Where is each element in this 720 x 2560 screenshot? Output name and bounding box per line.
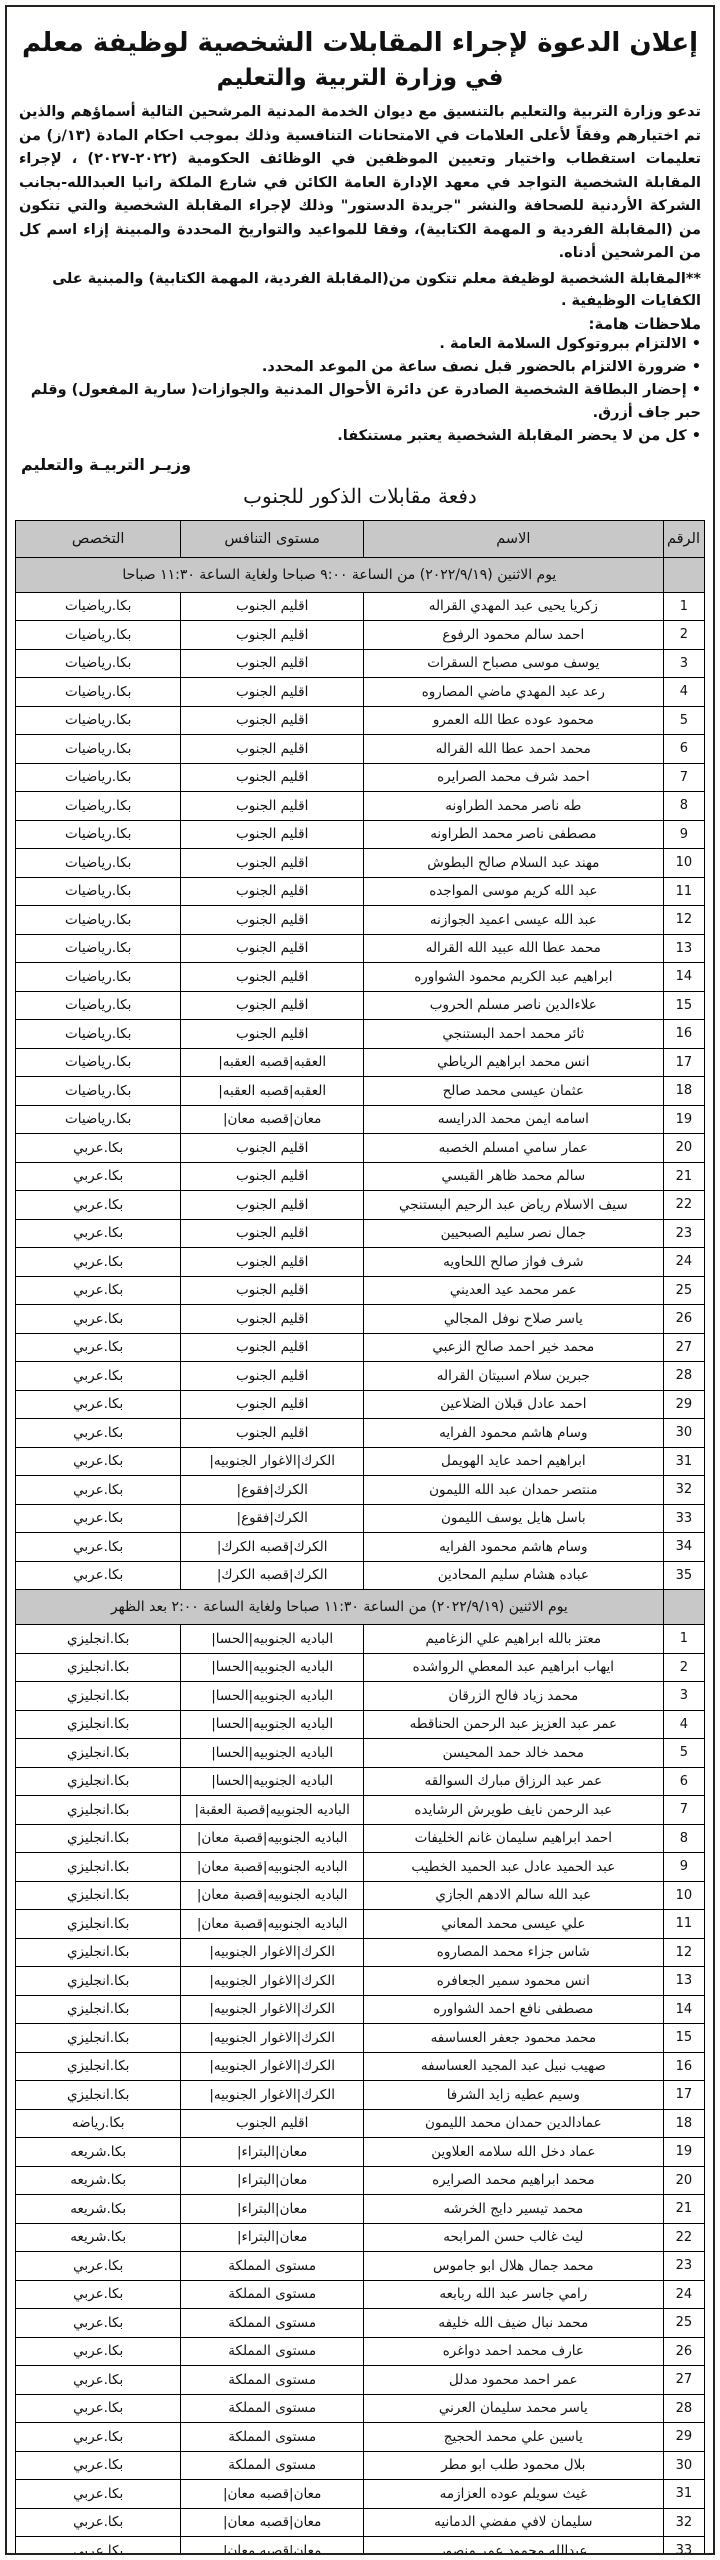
cell-specialization: بكا.عربي (16, 1362, 181, 1391)
cell-name: ابراهيم احمد عايد الهويمل (363, 1447, 663, 1476)
cell-specialization: بكا.عربي (16, 2508, 181, 2537)
note-item: إحضار البطاقة الشخصية الصادرة عن دائرة ا… (19, 379, 701, 425)
cell-name: عارف محمد احمد دواغره (363, 2337, 663, 2366)
table-row: 10مهند عبد السلام صالح البطوشاقليم الجنو… (16, 849, 705, 878)
cell-name: اسامه ايمن محمد الدرايسه (363, 1105, 663, 1134)
table-row: 19اسامه ايمن محمد الدرايسهمعان|قصبه معان… (16, 1105, 705, 1134)
cell-name: وسام هاشم محمود الفرايه (363, 1419, 663, 1448)
cell-name: جبرين سلام اسبيتان القراله (363, 1362, 663, 1391)
cell-name: عمر محمد عيد العديني (363, 1276, 663, 1305)
cell-number: 9 (663, 820, 704, 849)
cell-competition-level: اقليم الجنوب (181, 735, 364, 764)
announcement-title: إعلان الدعوة لإجراء المقابلات الشخصية لو… (15, 27, 705, 60)
table-row: 6محمد احمد عطا الله القرالهاقليم الجنوبب… (16, 735, 705, 764)
cell-specialization: بكا.عربي (16, 2394, 181, 2423)
cell-competition-level: الباديه الجنوبيه|الحسا| (181, 1710, 364, 1739)
cell-number: 23 (663, 1219, 704, 1248)
cell-competition-level: مستوى المملكة (181, 2423, 364, 2452)
cell-number: 26 (663, 2337, 704, 2366)
table-row: 7احمد شرف محمد الصرايرهاقليم الجنوببكا.ر… (16, 763, 705, 792)
cell-competition-level: الكرك|الاغوار الجنوبيه| (181, 1938, 364, 1967)
cell-specialization: بكا.انجليزي (16, 2052, 181, 2081)
interview-composition-note: **المقابلة الشخصية لوظيفة معلم تتكون من(… (19, 268, 701, 313)
cell-competition-level: اقليم الجنوب (181, 649, 364, 678)
cell-name: عباده هشام سليم المحادين (363, 1561, 663, 1590)
cell-competition-level: الباديه الجنوبيه|قصبة معان| (181, 1881, 364, 1910)
cell-specialization: بكا.رياضيات (16, 678, 181, 707)
cell-name: محمود عوده عطا الله العمرو (363, 706, 663, 735)
cell-number: 27 (663, 2366, 704, 2395)
cell-competition-level: الباديه الجنوبيه|الحسا| (181, 1682, 364, 1711)
cell-number: 3 (663, 1682, 704, 1711)
cell-name: عبد الله كريم موسى المواجده (363, 877, 663, 906)
cell-specialization: بكا.رياضيات (16, 991, 181, 1020)
cell-specialization: بكا.عربي (16, 2451, 181, 2480)
cell-competition-level: الكرك|الاغوار الجنوبيه| (181, 2081, 364, 2110)
table-row: 18عثمان عيسى محمد صالحالعقبه|قصبه العقبه… (16, 1077, 705, 1106)
cell-competition-level: معان|البتراء| (181, 2223, 364, 2252)
cell-name: رعد عبد المهدي ماضي المصاروه (363, 678, 663, 707)
cell-name: محمد خالد حمد المحيسن (363, 1739, 663, 1768)
cell-number: 1 (663, 592, 704, 621)
cell-competition-level: اقليم الجنوب (181, 991, 364, 1020)
cell-number: 13 (663, 934, 704, 963)
cell-name: ثائر محمد احمد البستنجي (363, 1020, 663, 1049)
cell-specialization: بكا.عربي (16, 1219, 181, 1248)
cell-number: 21 (663, 2195, 704, 2224)
table-row: 29ياسين علي محمد الحجيجمستوى المملكةبكا.… (16, 2423, 705, 2452)
cell-specialization: بكا.انجليزي (16, 2024, 181, 2053)
table-body: يوم الاثنين (٢٠٢٢/٩/١٩) من الساعة ٩:٠٠ ص… (16, 557, 705, 2555)
cell-name: احمد سالم محمود الرفوع (363, 621, 663, 650)
cell-specialization: بكا.رياضيات (16, 877, 181, 906)
interviews-table: الرقم الاسم مستوى التنافس التخصص يوم الا… (15, 520, 705, 2555)
cell-name: محمد عطا الله عبيد الله القراله (363, 934, 663, 963)
cell-specialization: بكا.رياضيات (16, 621, 181, 650)
cell-name: عمر احمد محمود مدلل (363, 2366, 663, 2395)
cell-number: 31 (663, 1447, 704, 1476)
cell-specialization: بكا.رياضيات (16, 934, 181, 963)
cell-number: 14 (663, 1995, 704, 2024)
cell-specialization: بكا.انجليزي (16, 1824, 181, 1853)
table-row: 13محمد عطا الله عبيد الله القرالهاقليم ا… (16, 934, 705, 963)
cell-competition-level: الكرك|قصبه الكرك| (181, 1533, 364, 1562)
cell-competition-level: الباديه الجنوبيه|قصبة معان| (181, 1910, 364, 1939)
cell-name: مصطفى نافع احمد الشواوره (363, 1995, 663, 2024)
cell-number: 7 (663, 763, 704, 792)
cell-competition-level: اقليم الجنوب (181, 763, 364, 792)
cell-number: 12 (663, 906, 704, 935)
cell-number: 11 (663, 1910, 704, 1939)
cell-specialization: بكا.رياضيات (16, 706, 181, 735)
cell-specialization: بكا.رياضيات (16, 792, 181, 821)
table-row: 17انس محمد ابراهيم الرياطيالعقبه|قصبه ال… (16, 1048, 705, 1077)
cell-name: محمد نبال ضيف الله خليفه (363, 2309, 663, 2338)
cell-competition-level: اقليم الجنوب (181, 1162, 364, 1191)
cell-number: 20 (663, 1134, 704, 1163)
table-row: 2ايهاب ابراهيم عبد المعطي الرواشدهالبادي… (16, 1653, 705, 1682)
cell-competition-level: معان|قصبه معان| (181, 2508, 364, 2537)
table-row: 19عماد دخل الله سلامه العلاوينمعان|البتر… (16, 2138, 705, 2167)
cell-name: يوسف موسى مصباح السقرات (363, 649, 663, 678)
table-row: 9عبد الحميد عادل عبد الحميد الخطيبالبادي… (16, 1853, 705, 1882)
cell-name: بلال محمود طلب ابو مطر (363, 2451, 663, 2480)
cell-number: 12 (663, 1938, 704, 1967)
cell-number: 5 (663, 1739, 704, 1768)
cell-specialization: بكا.انجليزي (16, 1653, 181, 1682)
cell-name: محمد ابراهيم محمد الصرايره (363, 2166, 663, 2195)
cell-competition-level: اقليم الجنوب (181, 1191, 364, 1220)
cell-number: 11 (663, 877, 704, 906)
cell-specialization: بكا.عربي (16, 1248, 181, 1277)
cell-specialization: بكا.انجليزي (16, 1995, 181, 2024)
minister-signature: وزيـر التربيـة والتعليم (21, 455, 703, 474)
cell-name: صهيب نبيل عبد المجيد العساسفه (363, 2052, 663, 2081)
cell-name: محمد خير احمد صالح الزعبي (363, 1333, 663, 1362)
cell-competition-level: الباديه الجنوبيه|قصبة معان| (181, 1853, 364, 1882)
cell-name: محمد محمود جعفر العساسفه (363, 2024, 663, 2053)
cell-number: 18 (663, 2109, 704, 2138)
cell-number: 24 (663, 2280, 704, 2309)
cell-number: 29 (663, 1390, 704, 1419)
cell-competition-level: الباديه الجنوبيه|الحسا| (181, 1625, 364, 1654)
cell-specialization: بكا.رياضيات (16, 763, 181, 792)
cell-competition-level: اقليم الجنوب (181, 678, 364, 707)
table-row: 3محمد زياد فالح الزرقانالباديه الجنوبيه|… (16, 1682, 705, 1711)
cell-specialization: بكا.عربي (16, 1476, 181, 1505)
cell-number: 34 (663, 1533, 704, 1562)
cell-competition-level: الكرك|الاغوار الجنوبيه| (181, 1967, 364, 1996)
cell-number: 25 (663, 2309, 704, 2338)
header-name: الاسم (363, 520, 663, 557)
cell-specialization: بكا.انجليزي (16, 1938, 181, 1967)
table-row: 20عمار سامي امسلم الخصبهاقليم الجنوببكا.… (16, 1134, 705, 1163)
cell-competition-level: الكرك|الاغوار الجنوبيه| (181, 1447, 364, 1476)
cell-specialization: بكا.عربي (16, 2252, 181, 2281)
cell-specialization: بكا.رياضيات (16, 820, 181, 849)
table-row: 24شرف فواز صالح اللحاويهاقليم الجنوببكا.… (16, 1248, 705, 1277)
cell-name: جمال نصر سليم الصبحيين (363, 1219, 663, 1248)
table-row: 3يوسف موسى مصباح السقراتاقليم الجنوببكا.… (16, 649, 705, 678)
cell-competition-level: اقليم الجنوب (181, 1248, 364, 1277)
cell-competition-level: الكرك|فقوع| (181, 1504, 364, 1533)
note-item: الالتزام ببروتوكول السلامة العامة . (19, 333, 701, 356)
cell-specialization: بكا.شريعه (16, 2195, 181, 2224)
table-row: 11علي عيسى محمد المعانيالباديه الجنوبيه|… (16, 1910, 705, 1939)
cell-specialization: بكا.عربي (16, 1390, 181, 1419)
announcement-page: إعلان الدعوة لإجراء المقابلات الشخصية لو… (5, 5, 715, 2555)
cell-name: عبد الله عيسى اعميد الجوازنه (363, 906, 663, 935)
cell-competition-level: اقليم الجنوب (181, 849, 364, 878)
cell-number: 8 (663, 792, 704, 821)
session-header-row: يوم الاثنين (٢٠٢٢/٩/١٩) من الساعة ١١:٣٠ … (16, 1590, 705, 1625)
cell-competition-level: معان|قصبه معان| (181, 1105, 364, 1134)
cell-competition-level: اقليم الجنوب (181, 792, 364, 821)
header-specialization: التخصص (16, 520, 181, 557)
cell-competition-level: الباديه الجنوبيه|قصبة العقبة| (181, 1796, 364, 1825)
cell-specialization: بكا.رياضيات (16, 1077, 181, 1106)
cell-number: 6 (663, 1767, 704, 1796)
cell-name: سيف الاسلام رياض عبد الرحيم البستنجي (363, 1191, 663, 1220)
cell-specialization: بكا.عربي (16, 1447, 181, 1476)
cell-specialization: بكا.انجليزي (16, 1710, 181, 1739)
cell-name: علاءالدين ناصر مسلم الحروب (363, 991, 663, 1020)
cell-name: منتصر حمدان عبد الله الليمون (363, 1476, 663, 1505)
cell-specialization: بكا.انجليزي (16, 1767, 181, 1796)
cell-specialization: بكا.انجليزي (16, 1796, 181, 1825)
cell-number: 26 (663, 1305, 704, 1334)
cell-name: سالم محمد ظاهر القيسي (363, 1162, 663, 1191)
cell-number: 29 (663, 2423, 704, 2452)
table-row: 8طه ناصر محمد الطراونهاقليم الجنوببكا.ري… (16, 792, 705, 821)
cell-specialization: بكا.عربي (16, 2309, 181, 2338)
cell-name: عمار سامي امسلم الخصبه (363, 1134, 663, 1163)
table-row: 6عمر عبد الرزاق مبارك السوالقهالباديه ال… (16, 1767, 705, 1796)
table-row: 5محمد خالد حمد المحيسنالباديه الجنوبيه|ا… (16, 1739, 705, 1768)
cell-number: 4 (663, 1710, 704, 1739)
table-row: 17وسيم عطيه زايد الشرفاالكرك|الاغوار الج… (16, 2081, 705, 2110)
cell-name: شاس جزاء محمد المصاروه (363, 1938, 663, 1967)
cell-competition-level: مستوى المملكة (181, 2394, 364, 2423)
batch-title: دفعة مقابلات الذكور للجنوب (15, 484, 705, 508)
cell-number: 1 (663, 1625, 704, 1654)
cell-number: 8 (663, 1824, 704, 1853)
cell-name: مصطفى ناصر محمد الطراونه (363, 820, 663, 849)
cell-competition-level: اقليم الجنوب (181, 592, 364, 621)
cell-name: سليمان لافي مفضي الدمانيه (363, 2508, 663, 2537)
cell-number: 33 (663, 1504, 704, 1533)
cell-specialization: بكا.عربي (16, 1191, 181, 1220)
cell-name: عثمان عيسى محمد صالح (363, 1077, 663, 1106)
cell-name: ايهاب ابراهيم عبد المعطي الرواشده (363, 1653, 663, 1682)
cell-competition-level: اقليم الجنوب (181, 1020, 364, 1049)
table-row: 26عارف محمد احمد دواغرهمستوى المملكةبكا.… (16, 2337, 705, 2366)
cell-specialization: بكا.عربي (16, 2337, 181, 2366)
table-row: 4عمر عبد العزيز عبد الرحمن الحناقطهالباد… (16, 1710, 705, 1739)
table-header: الرقم الاسم مستوى التنافس التخصص (16, 520, 705, 557)
note-item: كل من لا يحضر المقابلة الشخصية يعتبر مست… (19, 425, 701, 448)
ministry-subtitle: في وزارة التربية والتعليم (15, 64, 705, 94)
cell-specialization: بكا.عربي (16, 1276, 181, 1305)
table-row: 16صهيب نبيل عبد المجيد العساسفهالكرك|الا… (16, 2052, 705, 2081)
cell-number: 23 (663, 2252, 704, 2281)
cell-competition-level: مستوى المملكة (181, 2309, 364, 2338)
cell-specialization: بكا.عربي (16, 1134, 181, 1163)
cell-name: زكريا يحيى عبد المهدي القراله (363, 592, 663, 621)
cell-competition-level: اقليم الجنوب (181, 1390, 364, 1419)
cell-number: 2 (663, 621, 704, 650)
cell-name: ليث غالب حسن المرابحه (363, 2223, 663, 2252)
cell-competition-level: الكرك|قصبه الكرك| (181, 1561, 364, 1590)
cell-competition-level: اقليم الجنوب (181, 877, 364, 906)
table-row: 25محمد نبال ضيف الله خليفهمستوى المملكةب… (16, 2309, 705, 2338)
table-row: 13انس محمود سمير الجعافرهالكرك|الاغوار ا… (16, 1967, 705, 1996)
cell-number: 15 (663, 2024, 704, 2053)
cell-specialization: بكا.عربي (16, 2480, 181, 2509)
cell-competition-level: معان|البتراء| (181, 2138, 364, 2167)
notes-list: الالتزام ببروتوكول السلامة العامة . ضرور… (19, 333, 701, 449)
cell-name: محمد زياد فالح الزرقان (363, 1682, 663, 1711)
cell-number: 32 (663, 1476, 704, 1505)
cell-number: 25 (663, 1276, 704, 1305)
cell-name: طه ناصر محمد الطراونه (363, 792, 663, 821)
cell-name: ياسر محمد سليمان العرني (363, 2394, 663, 2423)
cell-specialization: بكا.انجليزي (16, 2081, 181, 2110)
cell-name: ياسين علي محمد الحجيج (363, 2423, 663, 2452)
cell-number: 13 (663, 1967, 704, 1996)
cell-name: عبد الحميد عادل عبد الحميد الخطيب (363, 1853, 663, 1882)
cell-competition-level: الباديه الجنوبيه|قصبة معان| (181, 1824, 364, 1853)
cell-number: 22 (663, 1191, 704, 1220)
table-row: 21سالم محمد ظاهر القيسياقليم الجنوببكا.ع… (16, 1162, 705, 1191)
cell-specialization: بكا.انجليزي (16, 1625, 181, 1654)
cell-specialization: بكا.رياضيات (16, 1105, 181, 1134)
cell-name: احمد ابراهيم سليمان غانم الخليفات (363, 1824, 663, 1853)
cell-name: باسل هايل يوسف الليمون (363, 1504, 663, 1533)
cell-number: 35 (663, 1561, 704, 1590)
cell-specialization: بكا.رياضيات (16, 849, 181, 878)
cell-number: 21 (663, 1162, 704, 1191)
cell-number: 7 (663, 1796, 704, 1825)
table-row: 9مصطفى ناصر محمد الطراونهاقليم الجنوببكا… (16, 820, 705, 849)
cell-specialization: بكا.شريعه (16, 2138, 181, 2167)
table-row: 30بلال محمود طلب ابو مطرمستوى المملكةبكا… (16, 2451, 705, 2480)
cell-name: عمر عبد الرزاق مبارك السوالقه (363, 1767, 663, 1796)
cell-competition-level: اقليم الجنوب (181, 621, 364, 650)
cell-specialization: بكا.انجليزي (16, 1739, 181, 1768)
cell-number: 10 (663, 1881, 704, 1910)
cell-specialization: بكا.عربي (16, 2537, 181, 2555)
cell-number: 2 (663, 1653, 704, 1682)
cell-competition-level: العقبه|قصبه العقبه| (181, 1077, 364, 1106)
cell-name: احمد عادل قبلان الضلاعين (363, 1390, 663, 1419)
note-item: ضرورة الالتزام بالحضور قبل نصف ساعة من ا… (19, 356, 701, 379)
cell-name: وسام هاشم محمود الفرايه (363, 1533, 663, 1562)
cell-competition-level: اقليم الجنوب (181, 706, 364, 735)
table-row: 24رامي جاسر عبد الله ربابعهمستوى المملكة… (16, 2280, 705, 2309)
table-row: 31ابراهيم احمد عايد الهويملالكرك|الاغوار… (16, 1447, 705, 1476)
cell-name: وسيم عطيه زايد الشرفا (363, 2081, 663, 2110)
cell-number: 3 (663, 649, 704, 678)
session-header-number-cell (663, 1590, 704, 1625)
table-row: 1زكريا يحيى عبد المهدي القرالهاقليم الجن… (16, 592, 705, 621)
cell-number: 30 (663, 1419, 704, 1448)
table-row: 15علاءالدين ناصر مسلم الحروباقليم الجنوب… (16, 991, 705, 1020)
cell-name: عبد الله سالم الادهم الجازي (363, 1881, 663, 1910)
cell-number: 28 (663, 2394, 704, 2423)
cell-name: علي عيسى محمد المعاني (363, 1910, 663, 1939)
table-row: 28جبرين سلام اسبيتان القرالهاقليم الجنوب… (16, 1362, 705, 1391)
cell-competition-level: اقليم الجنوب (181, 1276, 364, 1305)
cell-number: 22 (663, 2223, 704, 2252)
table-row: 10عبد الله سالم الادهم الجازيالباديه الج… (16, 1881, 705, 1910)
table-row: 1معتز بالله ابراهيم علي الزغاميمالباديه … (16, 1625, 705, 1654)
table-row: 12عبد الله عيسى اعميد الجوازنهاقليم الجن… (16, 906, 705, 935)
important-notes-heading: ملاحظات هامة: (19, 315, 701, 333)
session-header-label: يوم الاثنين (٢٠٢٢/٩/١٩) من الساعة ٩:٠٠ ص… (16, 557, 664, 592)
cell-competition-level: مستوى المملكة (181, 2280, 364, 2309)
table-row: 33باسل هايل يوسف الليمونالكرك|فقوع|بكا.ع… (16, 1504, 705, 1533)
cell-specialization: بكا.شريعه (16, 2166, 181, 2195)
table-row: 4رعد عبد المهدي ماضي المصاروهاقليم الجنو… (16, 678, 705, 707)
cell-name: محمد احمد عطا الله القراله (363, 735, 663, 764)
cell-number: 24 (663, 1248, 704, 1277)
cell-number: 30 (663, 2451, 704, 2480)
cell-number: 14 (663, 963, 704, 992)
cell-specialization: بكا.رياضيات (16, 963, 181, 992)
cell-specialization: بكا.عربي (16, 2366, 181, 2395)
cell-competition-level: اقليم الجنوب (181, 1134, 364, 1163)
table-row: 21محمد تيسير دايج الخرشهمعان|البتراء|بكا… (16, 2195, 705, 2224)
table-row: 14ابراهيم عبد الكريم محمود الشواورهاقليم… (16, 963, 705, 992)
cell-competition-level: اقليم الجنوب (181, 934, 364, 963)
cell-specialization: بكا.رياضه (16, 2109, 181, 2138)
cell-competition-level: مستوى المملكة (181, 2337, 364, 2366)
cell-name: انس محمود سمير الجعافره (363, 1967, 663, 1996)
cell-name: ابراهيم عبد الكريم محمود الشواوره (363, 963, 663, 992)
cell-competition-level: معان|قصبه معان| (181, 2480, 364, 2509)
cell-name: عمادالدين حمدان محمد الليمون (363, 2109, 663, 2138)
table-row: 25عمر محمد عيد العدينياقليم الجنوببكا.عر… (16, 1276, 705, 1305)
table-row: 27عمر احمد محمود مدللمستوى المملكةبكا.عر… (16, 2366, 705, 2395)
cell-number: 20 (663, 2166, 704, 2195)
intro-paragraph: تدعو وزارة التربية والتعليم بالتنسيق مع … (19, 101, 701, 265)
cell-competition-level: الكرك|فقوع| (181, 1476, 364, 1505)
cell-specialization: بكا.انجليزي (16, 1853, 181, 1882)
cell-competition-level: مستوى المملكة (181, 2366, 364, 2395)
cell-competition-level: اقليم الجنوب (181, 906, 364, 935)
cell-specialization: بكا.عربي (16, 1333, 181, 1362)
cell-specialization: بكا.عربي (16, 1305, 181, 1334)
cell-competition-level: اقليم الجنوب (181, 1333, 364, 1362)
cell-name: غيث سويلم عوده العزازمه (363, 2480, 663, 2509)
cell-competition-level: اقليم الجنوب (181, 2109, 364, 2138)
table-row: 27محمد خير احمد صالح الزعبياقليم الجنوبب… (16, 1333, 705, 1362)
table-row: 20محمد ابراهيم محمد الصرايرهمعان|البتراء… (16, 2166, 705, 2195)
header-competition-level: مستوى التنافس (181, 520, 364, 557)
cell-name: انس محمد ابراهيم الرياطي (363, 1048, 663, 1077)
table-row: 7عبد الرحمن نايف طويرش الرشايدهالباديه ا… (16, 1796, 705, 1825)
cell-number: 9 (663, 1853, 704, 1882)
table-row: 11عبد الله كريم موسى المواجدهاقليم الجنو… (16, 877, 705, 906)
table-row: 31غيث سويلم عوده العزازمهمعان|قصبه معان|… (16, 2480, 705, 2509)
cell-number: 16 (663, 2052, 704, 2081)
cell-name: احمد شرف محمد الصرايره (363, 763, 663, 792)
table-row: 12شاس جزاء محمد المصاروهالكرك|الاغوار ال… (16, 1938, 705, 1967)
cell-competition-level: مستوى المملكة (181, 2252, 364, 2281)
cell-specialization: بكا.عربي (16, 1533, 181, 1562)
table-row: 28ياسر محمد سليمان العرنيمستوى المملكةبك… (16, 2394, 705, 2423)
cell-name: شرف فواز صالح اللحاويه (363, 1248, 663, 1277)
cell-name: عماد دخل الله سلامه العلاوين (363, 2138, 663, 2167)
cell-number: 32 (663, 2508, 704, 2537)
table-row: 18عمادالدين حمدان محمد الليموناقليم الجن… (16, 2109, 705, 2138)
cell-specialization: بكا.رياضيات (16, 906, 181, 935)
cell-number: 31 (663, 2480, 704, 2509)
cell-competition-level: اقليم الجنوب (181, 820, 364, 849)
table-row: 22ليث غالب حسن المرابحهمعان|البتراء|بكا.… (16, 2223, 705, 2252)
table-row: 16ثائر محمد احمد البستنجياقليم الجنوببكا… (16, 1020, 705, 1049)
cell-specialization: بكا.عربي (16, 2423, 181, 2452)
cell-specialization: بكا.رياضيات (16, 735, 181, 764)
table-row: 8احمد ابراهيم سليمان غانم الخليفاتالبادي… (16, 1824, 705, 1853)
session-header-row: يوم الاثنين (٢٠٢٢/٩/١٩) من الساعة ٩:٠٠ ص… (16, 557, 705, 592)
cell-competition-level: الكرك|الاغوار الجنوبيه| (181, 2024, 364, 2053)
cell-name: مهند عبد السلام صالح البطوش (363, 849, 663, 878)
cell-number: 17 (663, 1048, 704, 1077)
cell-specialization: بكا.عربي (16, 1419, 181, 1448)
cell-specialization: بكا.شريعه (16, 2223, 181, 2252)
